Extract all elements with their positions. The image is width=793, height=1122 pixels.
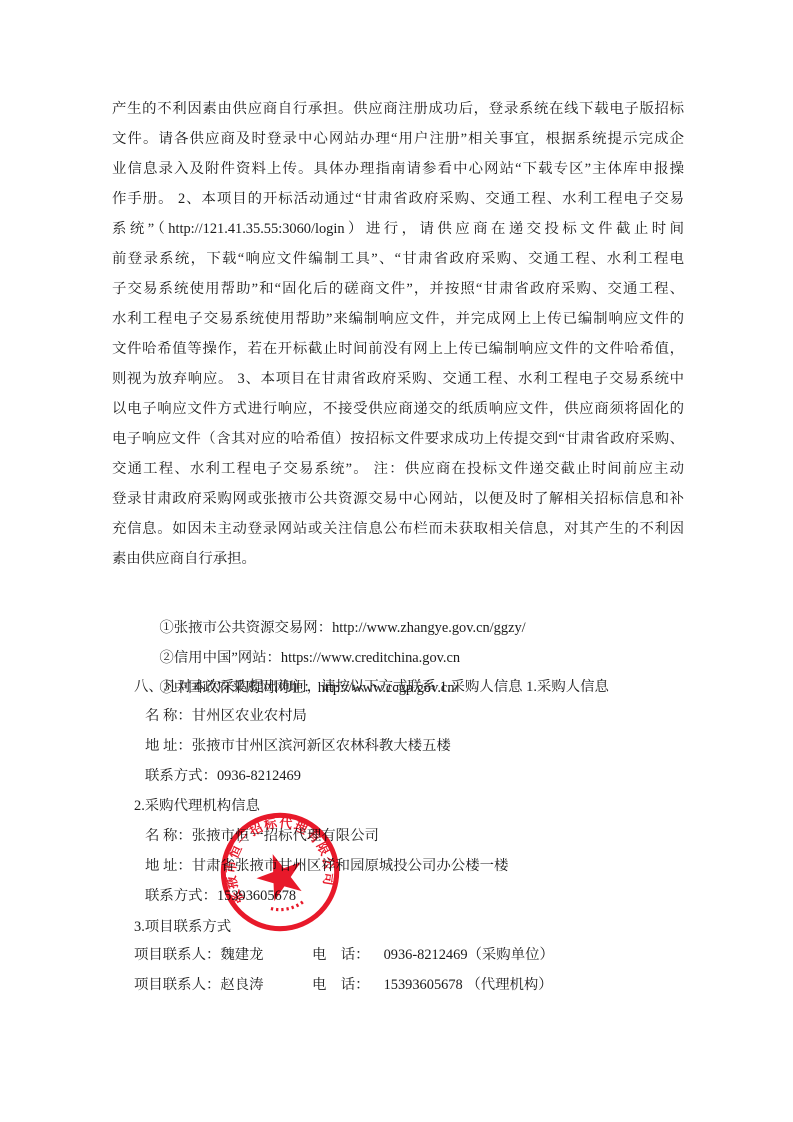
paragraph-line: 素由供应商自行承担。: [112, 544, 684, 574]
paragraph-line: 作手册。 2、本项目的开标活动通过“甘肃省政府采购、交通工程、水利工程电子交易: [112, 184, 684, 214]
paragraph-line: 则视为放弃响应。 3、本项目在甘肃省政府采购、交通工程、水利工程电子交易系统中: [112, 364, 684, 394]
contact-phone: 15393605678 （代理机构）: [384, 970, 553, 1000]
paragraph-line: 交通工程、水利工程电子交易系统”。 注：供应商在投标文件递交截止时间前应主动: [112, 454, 684, 484]
paragraph-line: 以电子响应文件方式进行响应，不接受供应商递交的纸质响应文件，供应商须将固化的: [112, 394, 684, 424]
section-heading-inquiries: 八、凡对本次采购提出询问，请按以下方式联系 1.采购人信息 1.采购人信息: [112, 672, 706, 702]
paragraph-line: 登录甘肃政府采购网或张掖市公共资源交易中心网站，以便及时了解相关招标信息和补: [112, 484, 684, 514]
document-page: 产生的不利因素由供应商自行承担。供应商注册成功后，登录系统在线下载电子版招标 文…: [0, 0, 793, 1122]
purchaser-contact-row: 联系方式：0936-8212469: [112, 761, 717, 791]
contact-person: 项目联系人：赵良涛: [134, 970, 312, 1000]
paragraph-line: 充信息。如因未主动登录网站或关注信息公布栏而未获取相关信息，对其产生的不利因: [112, 514, 684, 544]
purchaser-address-row: 地 址：张掖市甘州区滨河新区农林科教大楼五楼: [112, 731, 717, 761]
project-section-title: 3.项目联系方式: [112, 912, 706, 942]
agency-name-row: 名 称：张掖市恒一招标代理有限公司: [112, 821, 717, 851]
agency-section-title: 2.采购代理机构信息: [112, 791, 706, 821]
paragraph-line: 文件哈希值等操作，若在开标截止时间前没有网上上传已编制响应文件的文件哈希值，: [112, 334, 684, 364]
paragraph-line: 产生的不利因素由供应商自行承担。供应商注册成功后，登录系统在线下载电子版招标: [112, 94, 684, 124]
agency-contact-row: 联系方式：15393605678: [112, 881, 717, 911]
paragraph-line: 系统”（http://121.41.35.55:3060/login）进行，请供…: [112, 214, 684, 244]
phone-label: 电 话：: [312, 970, 370, 1000]
link-item-creditchina: ②信用中国”网站：https://www.creditchina.gov.cn: [112, 613, 717, 643]
project-contact-row: 项目联系人：赵良涛 电 话： 15393605678 （代理机构）: [112, 970, 706, 1000]
contact-person: 项目联系人：魏建龙: [134, 940, 312, 970]
paragraph-line: 文件。请各供应商及时登录中心网站办理“用户注册”相关事宜，根据系统提示完成企: [112, 124, 684, 154]
purchaser-name-row: 名 称：甘州区农业农村局: [112, 701, 717, 731]
paragraph-line: 子交易系统使用帮助”和“固化后的磋商文件”，并按照“甘肃省政府采购、交通工程、: [112, 274, 684, 304]
phone-label: 电 话：: [312, 940, 370, 970]
project-contact-row: 项目联系人：魏建龙 电 话： 0936-8212469（采购单位）: [112, 940, 706, 970]
paragraph-line: 前登录系统，下载“响应文件编制工具”、“甘肃省政府采购、交通工程、水利工程电: [112, 244, 684, 274]
link-item-zhangye: ①张掖市公共资源交易网：http://www.zhangye.gov.cn/gg…: [112, 583, 717, 613]
paragraph-line: 电子响应文件（含其对应的哈希值）按招标文件要求成功上传提交到“甘肃省政府采购、: [112, 424, 684, 454]
body-paragraph: 产生的不利因素由供应商自行承担。供应商注册成功后，登录系统在线下载电子版招标 文…: [112, 94, 684, 574]
link-item-ccgp: ③中国政府采购网网址：http://www.ccgp.gov.cn/: [112, 643, 717, 673]
contact-phone: 0936-8212469（采购单位）: [384, 940, 554, 970]
paragraph-line: 水利工程电子交易系统使用帮助”来编制响应文件，并完成网上上传已编制响应文件的: [112, 304, 684, 334]
paragraph-line: 业信息录入及附件资料上传。具体办理指南请参看中心网站“下载专区”主体库申报操: [112, 154, 684, 184]
agency-address-row: 地 址：甘肃省张掖市甘州区祥和园原城投公司办公楼一楼: [112, 851, 717, 881]
